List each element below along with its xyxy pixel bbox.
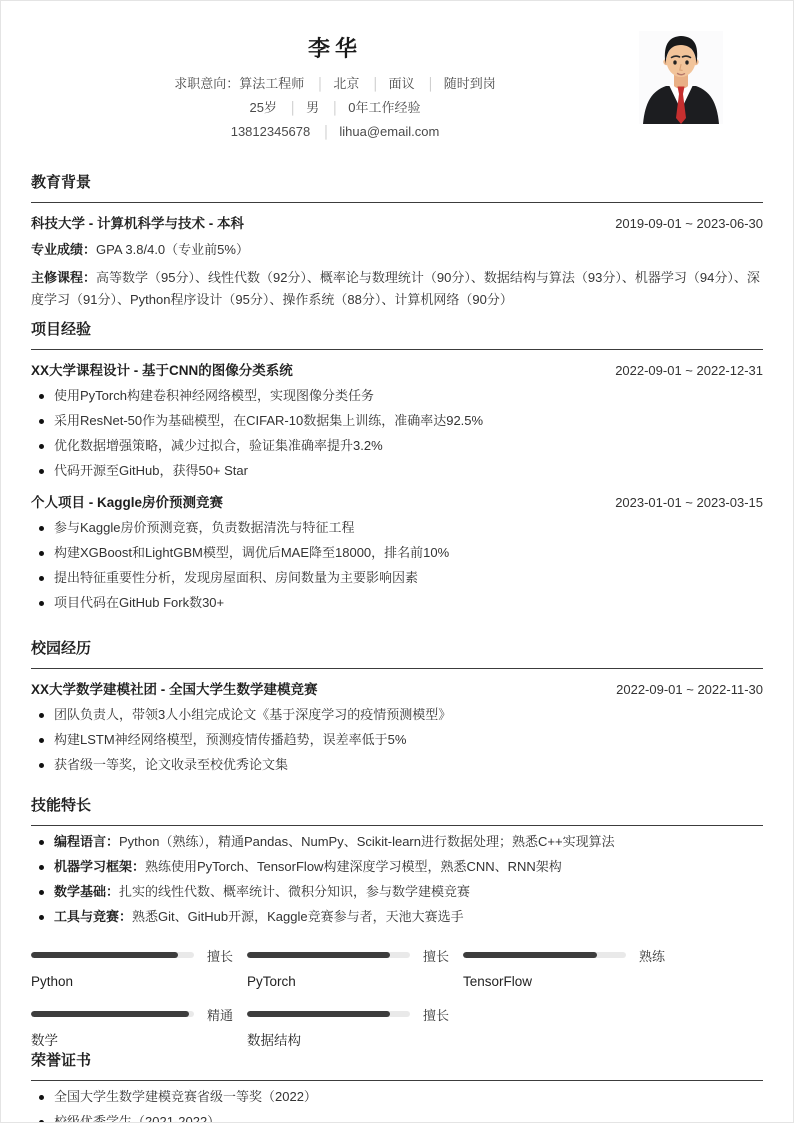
skill-label: 机器学习框架： bbox=[54, 859, 145, 874]
skill-level-label: 擅长 bbox=[423, 946, 449, 965]
skill-bar-track bbox=[463, 952, 626, 958]
skill-bar: 擅长 数据结构 bbox=[247, 1007, 463, 1050]
skill-bar: 精通 数学 bbox=[31, 1007, 247, 1050]
skill-bar: 擅长 PyTorch bbox=[247, 948, 463, 991]
section-projects: 项目经验 XX大学课程设计 - 基于CNN的图像分类系统 2022-09-01 … bbox=[31, 320, 763, 612]
skill-level-label: 精通 bbox=[207, 1005, 233, 1024]
skill-bar-track bbox=[247, 952, 410, 958]
basic-info-line: 25岁 │男 │0年工作经验 bbox=[31, 96, 639, 120]
gender-text: 男 bbox=[306, 100, 319, 115]
bullet-item: 提出特征重要性分析，发现房屋面积、房间数量为主要影响因素 bbox=[31, 569, 763, 587]
gpa-label: 专业成绩： bbox=[31, 242, 96, 257]
bullet-item: 代码开源至GitHub，获得50+ Star bbox=[31, 462, 763, 480]
resume-header: 李华 求职意向：算法工程师 │北京 │面议 │随时到岗 25岁 │男 │0年工作… bbox=[1, 1, 793, 144]
separator-bar: │ bbox=[290, 101, 298, 115]
skill-name: 数学 bbox=[31, 1032, 247, 1050]
skill-text: 扎实的线性代数、概率统计、微积分知识，参与数学建模竞赛 bbox=[119, 884, 470, 899]
skill-name: 数据结构 bbox=[247, 1032, 463, 1050]
section-skills: 技能特长 编程语言：Python（熟练），精通Pandas、NumPy、Scik… bbox=[31, 796, 763, 1050]
section-title-education: 教育背景 bbox=[31, 173, 763, 203]
contact-info-line: 13812345678 │lihua@email.com bbox=[31, 120, 639, 144]
skill-label: 编程语言： bbox=[54, 834, 119, 849]
skill-bars-grid: 擅长 Python 擅长 PyTorch 熟练 TensorFlow 精通 数学… bbox=[31, 948, 763, 1050]
bullet-item: 项目代码在GitHub Fork数30+ bbox=[31, 594, 763, 612]
section-title-skills: 技能特长 bbox=[31, 796, 763, 826]
campus-title: XX大学数学建模社团 - 全国大学生数学建模竞赛 bbox=[31, 681, 318, 699]
separator-bar: │ bbox=[323, 125, 331, 139]
skill-bar-fill bbox=[31, 952, 178, 958]
resume-page: 李华 求职意向：算法工程师 │北京 │面议 │随时到岗 25岁 │男 │0年工作… bbox=[0, 0, 794, 1123]
job-intent-line: 求职意向：算法工程师 │北京 │面议 │随时到岗 bbox=[31, 72, 639, 96]
skill-text: 熟练使用PyTorch、TensorFlow构建深度学习模型，熟悉CNN、RNN… bbox=[145, 859, 562, 874]
project-bullet-list: 使用PyTorch构建卷积神经网络模型，实现图像分类任务 采用ResNet-50… bbox=[31, 387, 763, 480]
bullet-item: 构建LSTM神经网络模型，预测疫情传播趋势，误差率低于5% bbox=[31, 731, 763, 749]
section-title-campus: 校园经历 bbox=[31, 639, 763, 669]
campus-bullet-list: 团队负责人，带领3人小组完成论文《基于深度学习的疫情预测模型》 构建LSTM神经… bbox=[31, 706, 763, 774]
section-education: 教育背景 科技大学 - 计算机科学与技术 - 本科 2019-09-01 ~ 2… bbox=[31, 173, 763, 311]
bullet-item: 参与Kaggle房价预测竞赛，负责数据清洗与特征工程 bbox=[31, 519, 763, 537]
skill-level-label: 擅长 bbox=[207, 946, 233, 965]
separator-bar: │ bbox=[332, 101, 340, 115]
skill-bar: 熟练 TensorFlow bbox=[463, 948, 679, 991]
email-address: lihua@email.com bbox=[339, 124, 439, 139]
section-campus: 校园经历 XX大学数学建模社团 - 全国大学生数学建模竞赛 2022-09-01… bbox=[31, 639, 763, 774]
bullet-item: 编程语言：Python（熟练），精通Pandas、NumPy、Scikit-le… bbox=[31, 833, 763, 851]
bullet-item: 数学基础：扎实的线性代数、概率统计、微积分知识，参与数学建模竞赛 bbox=[31, 883, 763, 901]
job-intent-availability: 随时到岗 bbox=[444, 76, 496, 91]
job-intent-label: 求职意向： bbox=[174, 76, 239, 91]
courses-label: 主修课程： bbox=[31, 270, 96, 285]
skill-level-label: 擅长 bbox=[423, 1005, 449, 1024]
separator-bar: │ bbox=[317, 77, 325, 91]
bullet-item: 获省级一等奖，论文收录至校优秀论文集 bbox=[31, 756, 763, 774]
header-text-block: 李华 求职意向：算法工程师 │北京 │面议 │随时到岗 25岁 │男 │0年工作… bbox=[31, 31, 639, 144]
education-entry-head: 科技大学 - 计算机科学与技术 - 本科 2019-09-01 ~ 2023-0… bbox=[31, 215, 763, 233]
skill-bar-fill bbox=[31, 1011, 189, 1017]
bullet-item: 全国大学生数学建模竞赛省级一等奖（2022） bbox=[31, 1088, 763, 1106]
school-degree: 科技大学 - 计算机科学与技术 - 本科 bbox=[31, 215, 244, 233]
skill-bar-track bbox=[247, 1011, 410, 1017]
job-intent-position: 算法工程师 bbox=[239, 76, 304, 91]
bullet-item: 机器学习框架：熟练使用PyTorch、TensorFlow构建深度学习模型，熟悉… bbox=[31, 858, 763, 876]
phone-number: 13812345678 bbox=[231, 124, 311, 139]
skill-bar: 擅长 Python bbox=[31, 948, 247, 991]
skill-name: Python bbox=[31, 973, 247, 991]
bullet-item: 采用ResNet-50作为基础模型，在CIFAR-10数据集上训练，准确率达92… bbox=[31, 412, 763, 430]
courses-value: 高等数学（95分）、线性代数（92分）、概率论与数理统计（90分）、数据结构与算… bbox=[31, 270, 760, 307]
project-entry-head: 个人项目 - Kaggle房价预测竞赛 2023-01-01 ~ 2023-03… bbox=[31, 494, 763, 512]
gpa-value: GPA 3.8/4.0（专业前5%） bbox=[96, 242, 249, 257]
project-title: XX大学课程设计 - 基于CNN的图像分类系统 bbox=[31, 362, 293, 380]
skill-bar-fill bbox=[463, 952, 597, 958]
skill-bar-fill bbox=[247, 952, 390, 958]
project-title: 个人项目 - Kaggle房价预测竞赛 bbox=[31, 494, 223, 512]
skill-bar-fill bbox=[247, 1011, 390, 1017]
skill-bar-track bbox=[31, 952, 194, 958]
skill-name: TensorFlow bbox=[463, 973, 679, 991]
skill-bar-track bbox=[31, 1011, 194, 1017]
bullet-item: 构建XGBoost和LightGBM模型，调优后MAE降至18000，排名前10… bbox=[31, 544, 763, 562]
skill-text: 熟悉Git、GitHub开源，Kaggle竞赛参与者，天池大赛选手 bbox=[132, 909, 464, 924]
bullet-item: 优化数据增强策略，减少过拟合，验证集准确率提升3.2% bbox=[31, 437, 763, 455]
candidate-name: 李华 bbox=[31, 34, 639, 64]
section-honors: 荣誉证书 全国大学生数学建模竞赛省级一等奖（2022） 校级优秀学生（2021-… bbox=[31, 1051, 763, 1123]
project-date-range: 2023-01-01 ~ 2023-03-15 bbox=[615, 494, 763, 512]
gpa-line: 专业成绩：GPA 3.8/4.0（专业前5%） bbox=[31, 239, 763, 261]
honors-bullet-list: 全国大学生数学建模竞赛省级一等奖（2022） 校级优秀学生（2021-2022） bbox=[31, 1088, 763, 1123]
bullet-item: 使用PyTorch构建卷积神经网络模型，实现图像分类任务 bbox=[31, 387, 763, 405]
bullet-item: 校级优秀学生（2021-2022） bbox=[31, 1113, 763, 1123]
skill-text: Python（熟练），精通Pandas、NumPy、Scikit-learn进行… bbox=[119, 834, 615, 849]
skills-bullet-list: 编程语言：Python（熟练），精通Pandas、NumPy、Scikit-le… bbox=[31, 833, 763, 926]
experience-text: 0年工作经验 bbox=[348, 100, 420, 115]
education-date-range: 2019-09-01 ~ 2023-06-30 bbox=[615, 215, 763, 233]
bullet-item: 团队负责人，带领3人小组完成论文《基于深度学习的疫情预测模型》 bbox=[31, 706, 763, 724]
skill-label: 工具与竞赛： bbox=[54, 909, 132, 924]
bullet-item: 工具与竞赛：熟悉Git、GitHub开源，Kaggle竞赛参与者，天池大赛选手 bbox=[31, 908, 763, 926]
campus-date-range: 2022-09-01 ~ 2022-11-30 bbox=[616, 681, 763, 699]
skill-name: PyTorch bbox=[247, 973, 463, 991]
project-bullet-list: 参与Kaggle房价预测竞赛，负责数据清洗与特征工程 构建XGBoost和Lig… bbox=[31, 519, 763, 612]
section-title-projects: 项目经验 bbox=[31, 320, 763, 350]
avatar-illustration bbox=[639, 31, 723, 124]
job-intent-salary: 面议 bbox=[389, 76, 415, 91]
age-text: 25岁 bbox=[250, 100, 277, 115]
avatar-photo bbox=[639, 31, 723, 124]
skill-label: 数学基础： bbox=[54, 884, 119, 899]
courses-line: 主修课程：高等数学（95分）、线性代数（92分）、概率论与数理统计（90分）、数… bbox=[31, 267, 763, 311]
section-title-honors: 荣誉证书 bbox=[31, 1051, 763, 1081]
separator-bar: │ bbox=[372, 77, 380, 91]
job-intent-city: 北京 bbox=[333, 76, 359, 91]
project-entry-head: XX大学课程设计 - 基于CNN的图像分类系统 2022-09-01 ~ 202… bbox=[31, 362, 763, 380]
project-date-range: 2022-09-01 ~ 2022-12-31 bbox=[615, 362, 763, 380]
campus-entry-head: XX大学数学建模社团 - 全国大学生数学建模竞赛 2022-09-01 ~ 20… bbox=[31, 681, 763, 699]
skill-level-label: 熟练 bbox=[639, 946, 665, 965]
separator-bar: │ bbox=[427, 77, 435, 91]
